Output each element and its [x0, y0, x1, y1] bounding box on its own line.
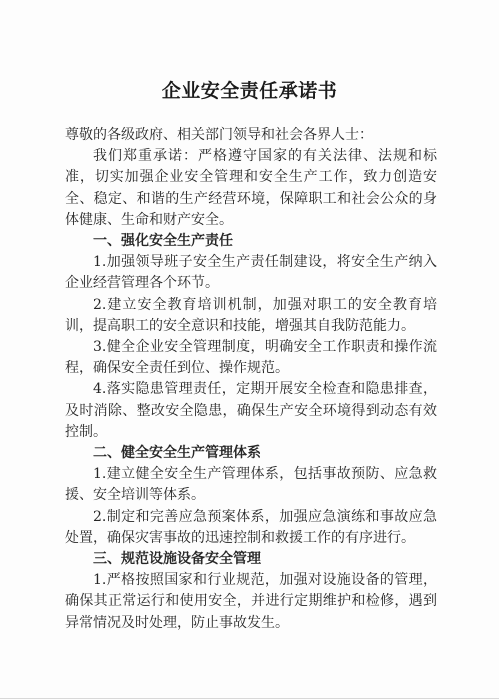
- intro-paragraph: 我们郑重承诺：严格遵守国家的有关法律、法规和标准，切实加强企业安全管理和安全生产…: [65, 146, 437, 231]
- salutation: 尊敬的各级政府、相关部门领导和社会各界人士：: [65, 125, 437, 146]
- section-2-item-2: 2.制定和完善应急预案体系，加强应急演练和事故应急处置，确保灾害事故的迅速控制和…: [65, 507, 437, 549]
- section-3-item-1: 1.严格按照国家和行业规范，加强对设施设备的管理，确保其正常运行和使用安全，并进…: [65, 570, 437, 634]
- section-1-item-2: 2.建立安全教育培训机制，加强对职工的安全教育培训，提高职工的安全意识和技能，增…: [65, 295, 437, 337]
- section-heading-1: 一、强化安全生产责任: [65, 231, 437, 252]
- section-1-item-4: 4.落实隐患管理责任，定期开展安全检查和隐患排查，及时消除、整改安全隐患，确保生…: [65, 379, 437, 443]
- section-2-item-1: 1.建立健全安全生产管理体系，包括事故预防、应急救援、安全培训等体系。: [65, 464, 437, 506]
- section-heading-2: 二、健全安全生产管理体系: [65, 443, 437, 464]
- page-bottom-edge: [0, 698, 499, 699]
- section-1-item-3: 3.健全企业安全管理制度，明确安全工作职责和操作流程，确保安全责任到位、操作规范…: [65, 337, 437, 379]
- section-heading-3: 三、规范设施设备安全管理: [65, 549, 437, 570]
- document-page: 企业安全责任承诺书 尊敬的各级政府、相关部门领导和社会各界人士： 我们郑重承诺：…: [0, 0, 499, 700]
- document-title: 企业安全责任承诺书: [0, 76, 499, 103]
- document-body: 尊敬的各级政府、相关部门领导和社会各界人士： 我们郑重承诺：严格遵守国家的有关法…: [65, 125, 437, 634]
- section-1-item-1: 1.加强领导班子安全生产责任制建设，将安全生产纳入企业经营管理各个环节。: [65, 252, 437, 294]
